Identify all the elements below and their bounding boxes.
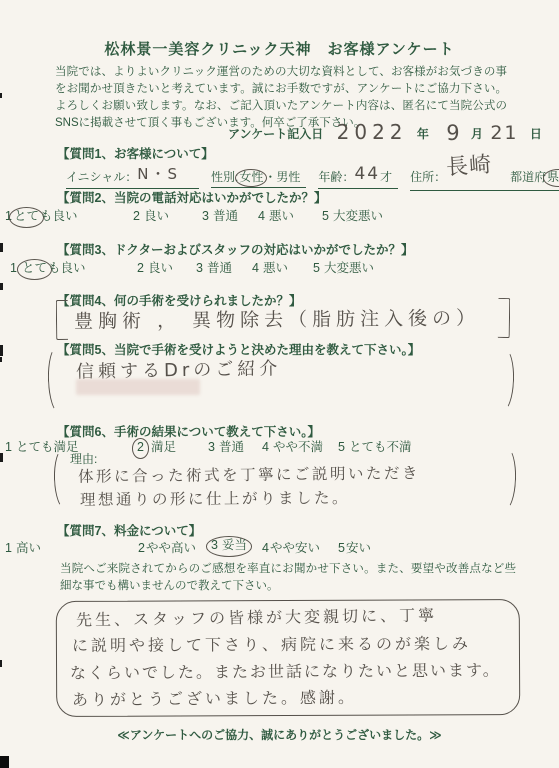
q7-option-2-num: 2 bbox=[138, 541, 145, 555]
scan-edge-mark bbox=[0, 345, 3, 356]
date-label: アンケート記入日 bbox=[228, 127, 323, 141]
address-label: 住所： bbox=[410, 170, 446, 184]
q6-option-3: 3普通 bbox=[208, 437, 244, 455]
address-value-handwritten: 長崎 bbox=[445, 147, 493, 181]
scan-edge-mark bbox=[0, 453, 3, 462]
q3-heading: 【質問3、ドクターおよびスタッフの対応はいかがでしたか？】 bbox=[57, 240, 413, 258]
q3-option-2-num: 2 bbox=[137, 261, 144, 275]
q2-option-5: 5大変悪い bbox=[322, 206, 383, 224]
q7-option-1-num: 1 bbox=[5, 541, 12, 555]
q2-option-1-circled: とて bbox=[14, 209, 39, 223]
q6-option-2: 2満足 bbox=[136, 437, 176, 456]
q3-selected-circle: とて bbox=[17, 259, 52, 280]
footer-thanks: ≪アンケートへのご協力、誠にありがとうございました。≫ bbox=[0, 726, 559, 743]
q6-reason-line2-handwritten: 理想通りの形に仕上がりました。 bbox=[80, 486, 350, 510]
q7-option-4-label: やや安い bbox=[270, 541, 320, 555]
q3-option-1-num: 1 bbox=[10, 261, 17, 275]
q3-option-1: 1とても良い bbox=[10, 258, 85, 277]
scan-edge-mark bbox=[0, 283, 3, 290]
q2-option-2: 2良い bbox=[133, 206, 169, 224]
address-prefecture-circled: 県 bbox=[547, 170, 559, 184]
q6-option-3-label: 普通 bbox=[219, 440, 244, 454]
gender-female-option: 女性 bbox=[239, 170, 263, 184]
survey-scan-page: 松林景一美容クリニック天神 お客様アンケート 当院では、よりよいクリニック運営の… bbox=[0, 0, 559, 768]
q2-option-4: 4悪い bbox=[258, 206, 294, 224]
q2-selected-circle: とて bbox=[9, 207, 44, 228]
q7-options-row: 1高い 2やや高い 3妥当 4やや安い 5安い bbox=[0, 538, 559, 560]
q1-fields-row: イニシャル：N・S性別:女性・男性年齢：44才住所：長崎都道府県 bbox=[66, 157, 559, 191]
page-title: 松林景一美容クリニック天神 お客様アンケート bbox=[0, 38, 559, 59]
q2-option-3-num: 3 bbox=[202, 209, 209, 223]
date-year-value: 2022 bbox=[337, 120, 408, 144]
survey-date-line: アンケート記入日 2022 年 9 月 21 日 bbox=[228, 119, 542, 143]
q2-option-5-label: 大変悪い bbox=[333, 209, 383, 223]
initial-field: イニシャル：N・S bbox=[66, 165, 199, 189]
gender-label: 性別: bbox=[211, 170, 238, 184]
q7-option-5: 5安い bbox=[338, 538, 371, 556]
gender-female-selected-circle: 女性 bbox=[235, 169, 267, 187]
q3-options-row: 1とても良い 2良い 3普通 4悪い 5大変悪い bbox=[0, 258, 559, 280]
q2-heading: 【質問2、当院の電話対応はいかがでしたか？】 bbox=[57, 188, 326, 206]
address-prefecture-prefix: 都道府 bbox=[510, 170, 546, 184]
q5-right-paren bbox=[493, 349, 515, 412]
age-label: 年齢： bbox=[318, 170, 354, 184]
q4-left-bracket bbox=[56, 300, 68, 340]
q7-option-5-label: 安い bbox=[346, 541, 371, 555]
date-day-value: 21 bbox=[490, 122, 518, 144]
q2-option-2-label: 良い bbox=[144, 209, 169, 223]
q7-option-1: 1高い bbox=[5, 538, 41, 556]
q2-option-1: 1とても良い bbox=[5, 206, 77, 225]
q7-option-1-label: 高い bbox=[16, 541, 41, 555]
gender-separator: ・ bbox=[264, 170, 276, 184]
initial-value-handwritten: N・S bbox=[137, 165, 179, 183]
q2-option-1-rest: も良い bbox=[40, 209, 78, 223]
comment-prompt: 当院へご来院されてからのご感想を率直にお聞かせ下さい。また、要望や改善点など些細… bbox=[60, 561, 516, 595]
prefecture-ken-circle: 県 bbox=[543, 169, 559, 187]
q6-option-4-num: 4 bbox=[262, 440, 269, 454]
comment-line3-handwritten: なくらいでした。またお世話になりたいと思います。 bbox=[70, 657, 501, 683]
date-year-unit: 年 bbox=[417, 127, 429, 141]
scan-edge-mark bbox=[0, 243, 3, 252]
q3-option-5: 5大変悪い bbox=[313, 258, 374, 276]
q6-option-2-label: 満足 bbox=[151, 440, 176, 454]
q3-option-3-label: 普通 bbox=[207, 261, 232, 275]
scan-corner-artifact bbox=[0, 756, 9, 768]
q7-option-4-num: 4 bbox=[262, 541, 269, 555]
address-field: 住所：長崎都道府県 bbox=[410, 157, 559, 191]
q7-heading: 【質問7、料金について】 bbox=[57, 521, 201, 539]
q7-option-3-num: 3 bbox=[211, 538, 218, 552]
q7-selected-circle: 3妥当 bbox=[206, 536, 252, 557]
q7-option-5-num: 5 bbox=[338, 541, 345, 555]
q6-reason-line1-handwritten: 体形に合った術式を丁寧にご説明いただき bbox=[78, 461, 420, 487]
age-field: 年齢：44才 bbox=[318, 166, 398, 189]
q6-option-5-num: 5 bbox=[338, 440, 345, 454]
q6-option-5: 5とても不満 bbox=[338, 437, 411, 455]
q4-right-bracket bbox=[498, 298, 511, 338]
q6-option-2-num: 2 bbox=[137, 440, 144, 454]
q7-option-2-label: やや高い bbox=[146, 541, 196, 555]
gender-male-option: 男性 bbox=[276, 170, 300, 184]
q3-option-4: 4悪い bbox=[252, 258, 288, 276]
scan-edge-mark bbox=[0, 660, 2, 667]
q3-option-1-circled: とて bbox=[22, 261, 47, 275]
q2-option-4-num: 4 bbox=[258, 209, 265, 223]
q2-option-3-label: 普通 bbox=[213, 209, 238, 223]
q6-option-1-num: 1 bbox=[5, 440, 12, 454]
q3-option-1-rest: も良い bbox=[48, 261, 86, 275]
date-month-value: 9 bbox=[446, 121, 461, 145]
scan-edge-mark bbox=[0, 93, 2, 98]
q5-redacted-blur bbox=[76, 379, 200, 395]
initial-label: イニシャル： bbox=[66, 170, 137, 184]
q6-selected-circle: 2 bbox=[132, 438, 149, 459]
q3-option-2: 2良い bbox=[137, 258, 173, 276]
date-day-unit: 日 bbox=[530, 127, 542, 141]
q4-answer-handwritten: 豊胸術 ， 異物除去（脂肪注入後の） bbox=[74, 303, 480, 334]
q6-option-4: 4やや不満 bbox=[262, 437, 323, 455]
q2-option-4-label: 悪い bbox=[269, 209, 294, 223]
q3-option-5-num: 5 bbox=[313, 261, 320, 275]
comment-line4-handwritten: ありがとうございました。感謝。 bbox=[72, 685, 357, 710]
q2-option-2-num: 2 bbox=[133, 209, 140, 223]
q7-option-3: 3妥当 bbox=[210, 538, 248, 554]
comment-line2-handwritten: に説明や接して下さり、病院に来るのが楽しみ bbox=[72, 631, 471, 656]
q3-option-2-label: 良い bbox=[148, 261, 173, 275]
q2-option-3: 3普通 bbox=[202, 206, 238, 224]
date-month-unit: 月 bbox=[471, 127, 483, 141]
q6-option-5-label: とても不満 bbox=[349, 440, 412, 454]
q7-option-2: 2やや高い bbox=[138, 538, 196, 556]
age-value-handwritten: 44 bbox=[354, 164, 380, 184]
q6-option-3-num: 3 bbox=[208, 440, 215, 454]
q7-option-4: 4やや安い bbox=[262, 538, 320, 556]
q3-option-5-label: 大変悪い bbox=[324, 261, 374, 275]
scan-edge-mark bbox=[0, 357, 2, 362]
q7-option-3-label: 妥当 bbox=[222, 538, 247, 552]
age-unit: 才 bbox=[380, 170, 392, 184]
q3-option-4-label: 悪い bbox=[263, 261, 288, 275]
q3-option-3: 3普通 bbox=[196, 258, 232, 276]
q6-option-4-label: やや不満 bbox=[273, 440, 323, 454]
q2-options-row: 1とても良い 2良い 3普通 4悪い 5大変悪い bbox=[0, 206, 559, 228]
q2-option-5-num: 5 bbox=[322, 209, 329, 223]
gender-field: 性別:女性・男性 bbox=[211, 168, 306, 188]
q3-option-3-num: 3 bbox=[196, 261, 203, 275]
q3-option-4-num: 4 bbox=[252, 261, 259, 275]
